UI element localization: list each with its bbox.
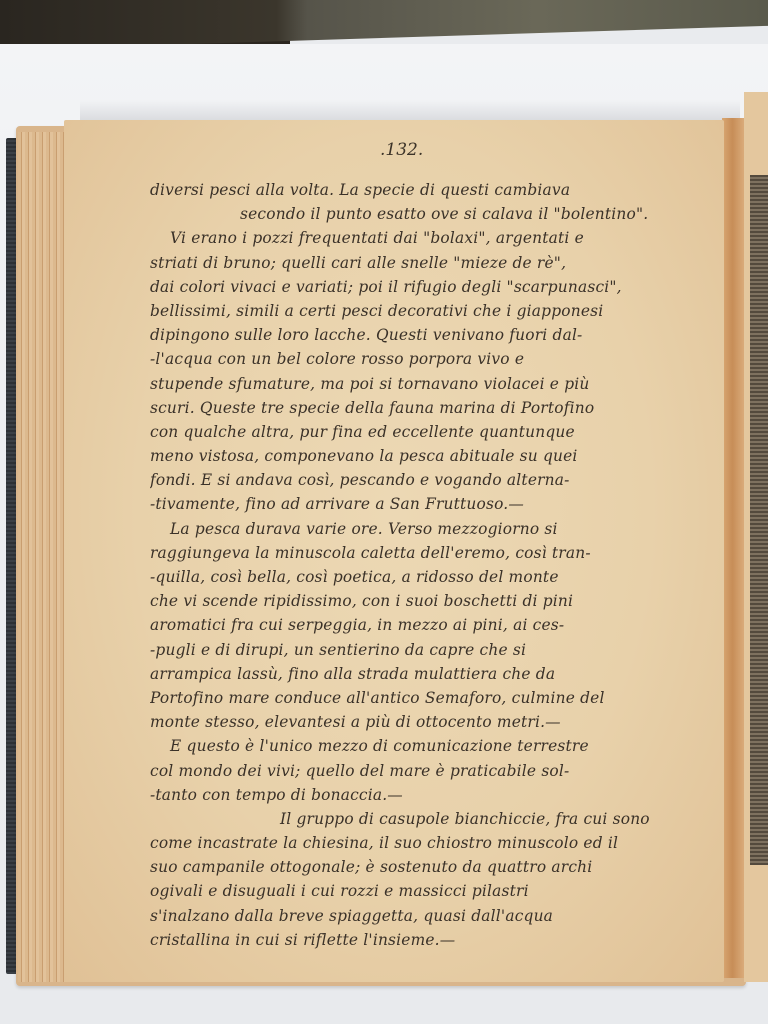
handwritten-line: La pesca durava varie ore. Verso mezzogi…	[150, 517, 725, 541]
handwritten-line: scuri. Queste tre specie della fauna mar…	[150, 396, 725, 420]
handwritten-line: meno vistosa, componevano la pesca abitu…	[150, 444, 725, 468]
handwritten-line: -quilla, così bella, così poetica, a rid…	[150, 565, 725, 589]
engraving-illustration-fragment	[750, 175, 768, 865]
handwritten-line: che vi scende ripidissimo, con i suoi bo…	[150, 589, 725, 613]
background-stone-surface	[0, 0, 768, 50]
handwritten-line: s'inalzano dalla breve spiaggetta, quasi…	[150, 904, 725, 928]
handwritten-line: cristallina in cui si riflette l'insieme…	[150, 928, 725, 952]
handwritten-line: suo campanile ottogonale; è sostenuto da…	[150, 855, 725, 879]
handwritten-line: ogivali e disuguali i cui rozzi e massic…	[150, 879, 725, 903]
handwritten-line: monte stesso, elevantesi a più di ottoce…	[150, 710, 725, 734]
page-edges	[18, 132, 70, 982]
paragraph: diversi pesci alla volta. La specie di q…	[150, 178, 725, 226]
handwritten-line: E questo è l'unico mezzo di comunicazion…	[150, 734, 725, 758]
handwritten-line: striati di bruno; quelli cari alle snell…	[150, 251, 725, 275]
handwritten-line: Vi erano i pozzi frequentati dai "bolaxi…	[150, 226, 725, 250]
handwritten-line: con qualche altra, pur fina ed eccellent…	[150, 420, 725, 444]
handwritten-line: aromatici fra cui serpeggia, in mezzo ai…	[150, 613, 725, 637]
manuscript-text: diversi pesci alla volta. La specie di q…	[150, 178, 725, 952]
handwritten-line: dipingono sulle loro lacche. Questi veni…	[150, 323, 725, 347]
handwritten-line: dai colori vivaci e variati; poi il rifu…	[150, 275, 725, 299]
handwritten-line: bellissimi, simili a certi pesci decorat…	[150, 299, 725, 323]
page-number: .132.	[380, 140, 423, 160]
handwritten-line: secondo il punto esatto ove si calava il…	[150, 202, 725, 226]
handwritten-line: Portofino mare conduce all'antico Semafo…	[150, 686, 725, 710]
handwritten-line: raggiungeva la minuscola caletta dell'er…	[150, 541, 725, 565]
handwritten-line: -tivamente, fino ad arrivare a San Frutt…	[150, 492, 725, 516]
handwritten-line: -pugli e di dirupi, un sentierino da cap…	[150, 638, 725, 662]
handwritten-line: -tanto con tempo di bonaccia.—	[150, 783, 725, 807]
handwritten-line: fondi. E si andava così, pescando e voga…	[150, 468, 725, 492]
handwritten-line: col mondo dei vivi; quello del mare è pr…	[150, 759, 725, 783]
handwritten-line: arrampica lassù, fino alla strada mulatt…	[150, 662, 725, 686]
handwritten-line: Il gruppo di casupole bianchiccie, fra c…	[150, 807, 725, 831]
handwritten-line: stupende sfumature, ma poi si tornavano …	[150, 372, 725, 396]
handwritten-line: -l'acqua con un bel colore rosso porpora…	[150, 347, 725, 371]
paragraph: La pesca durava varie ore. Verso mezzogi…	[150, 517, 725, 735]
paragraph: Il gruppo di casupole bianchiccie, fra c…	[150, 807, 725, 952]
handwritten-line: come incastrate la chiesina, il suo chio…	[150, 831, 725, 855]
paragraph: Vi erano i pozzi frequentati dai "bolaxi…	[150, 226, 725, 516]
handwritten-line: diversi pesci alla volta. La specie di q…	[150, 178, 725, 202]
paragraph: E questo è l'unico mezzo di comunicazion…	[150, 734, 725, 807]
